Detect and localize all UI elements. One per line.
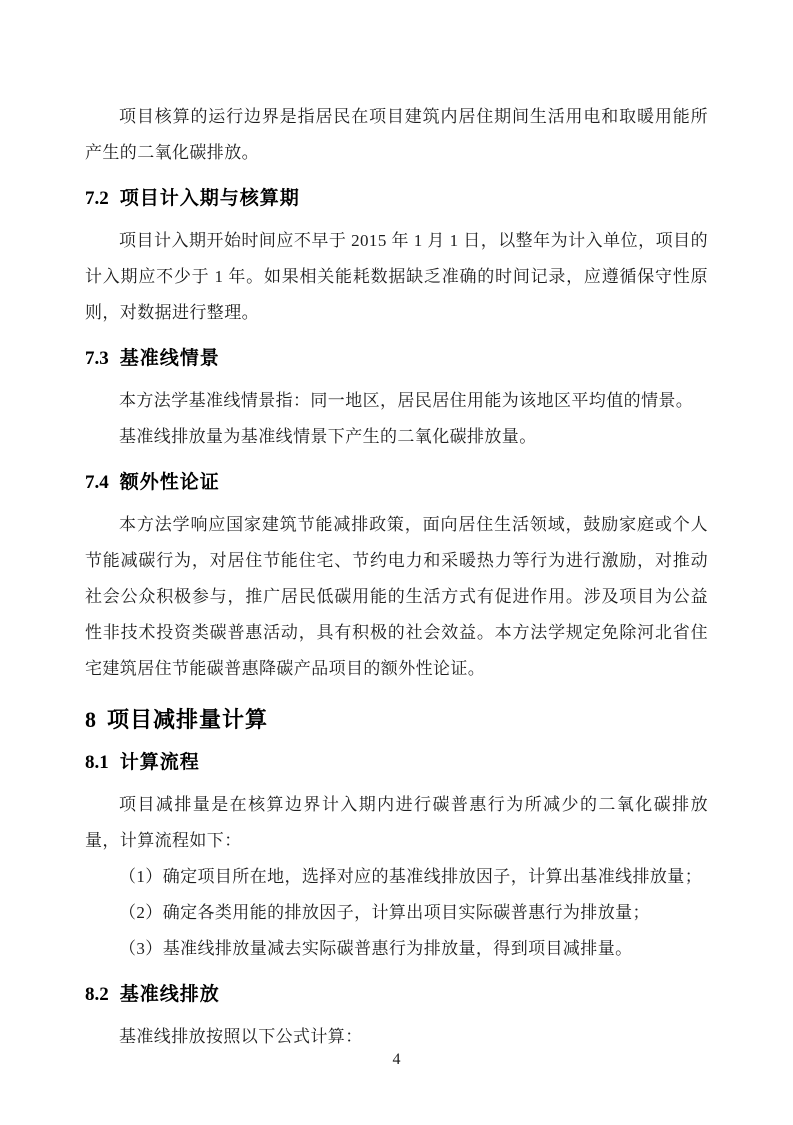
section-heading-8: 8项目减排量计算	[85, 705, 708, 735]
heading-number: 7.4	[85, 472, 109, 493]
page-content: 项目核算的运行边界是指居民在项目建筑内居住期间生活用电和取暖用能所产生的二氧化碳…	[0, 0, 793, 1055]
heading-title: 基准线排放	[120, 984, 220, 1005]
paragraph: 基准线排放量为基准线情景下产生的二氧化碳排放量。	[85, 419, 708, 455]
section-heading-7-2: 7.2项目计入期与核算期	[85, 185, 708, 213]
heading-title: 基准线情景	[120, 348, 220, 369]
page-number: 4	[0, 1050, 793, 1070]
document-page: 项目核算的运行边界是指居民在项目建筑内居住期间生活用电和取暖用能所产生的二氧化碳…	[0, 0, 793, 1125]
section-heading-8-2: 8.2基准线排放	[85, 981, 708, 1009]
heading-number: 8	[85, 707, 96, 732]
heading-title: 计算流程	[120, 752, 200, 773]
paragraph: 项目核算的运行边界是指居民在项目建筑内居住期间生活用电和取暖用能所产生的二氧化碳…	[85, 99, 708, 171]
heading-number: 8.1	[85, 752, 109, 773]
paragraph: 本方法学基准线情景指：同一地区，居民居住用能为该地区平均值的情景。	[85, 383, 708, 419]
section-heading-7-4: 7.4额外性论证	[85, 469, 708, 497]
heading-title: 项目计入期与核算期	[120, 188, 300, 209]
paragraph: 项目计入期开始时间应不早于 2015 年 1 月 1 日，以整年为计入单位，项目…	[85, 223, 708, 331]
section-heading-7-3: 7.3基准线情景	[85, 345, 708, 373]
list-item-2: （2）确定各类用能的排放因子，计算出项目实际碳普惠行为排放量；	[85, 895, 708, 931]
paragraph: 项目减排量是在核算边界计入期内进行碳普惠行为所减少的二氧化碳排放量，计算流程如下…	[85, 787, 708, 859]
list-item-3: （3）基准线排放量减去实际碳普惠行为排放量，得到项目减排量。	[85, 931, 708, 967]
heading-number: 7.3	[85, 348, 109, 369]
heading-number: 7.2	[85, 188, 109, 209]
section-heading-8-1: 8.1计算流程	[85, 749, 708, 777]
heading-title: 项目减排量计算	[107, 707, 268, 732]
heading-title: 额外性论证	[120, 472, 220, 493]
heading-number: 8.2	[85, 984, 109, 1005]
list-item-1: （1）确定项目所在地，选择对应的基准线排放因子，计算出基准线排放量；	[85, 859, 708, 895]
paragraph: 本方法学响应国家建筑节能减排政策，面向居住生活领域，鼓励家庭或个人节能减碳行为，…	[85, 507, 708, 687]
